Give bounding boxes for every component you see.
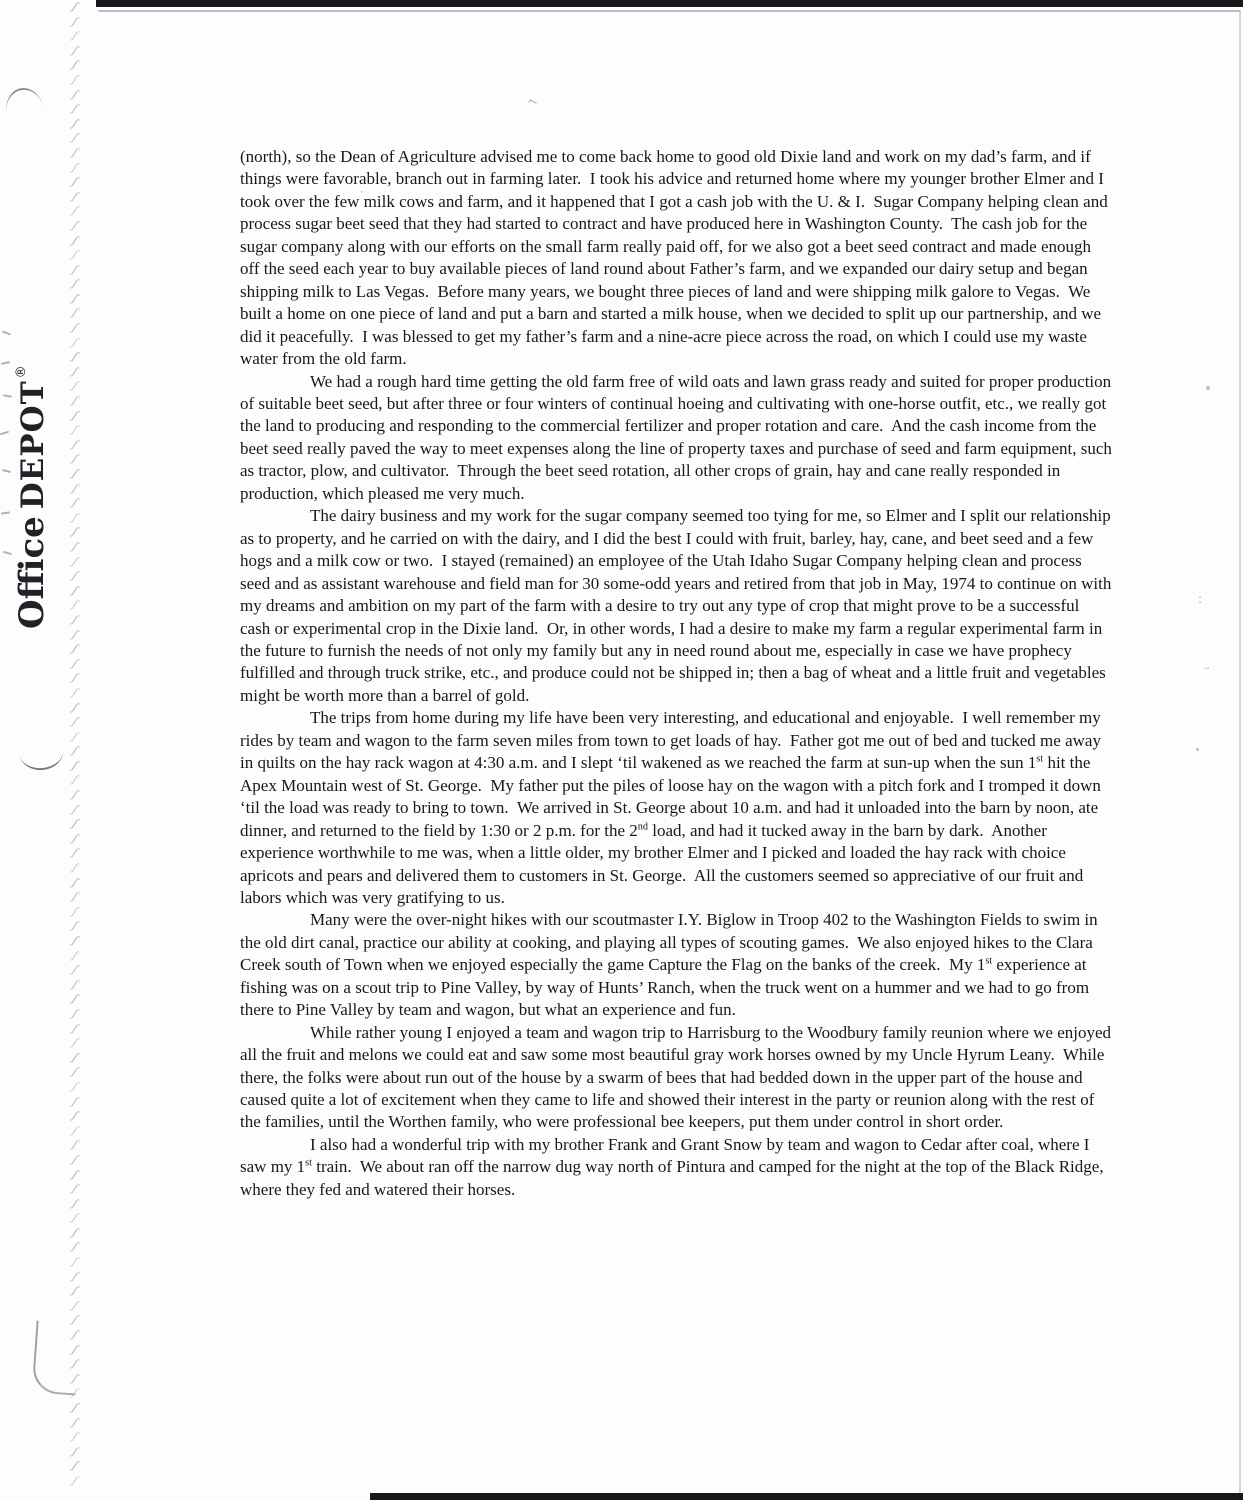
- binding-mark: ʃ: [70, 234, 79, 249]
- binding-mark: ʃ: [70, 161, 79, 176]
- binding-mark: ʃ: [70, 759, 79, 774]
- binding-mark: ʃ: [70, 73, 79, 88]
- binding-mark: ʃ: [70, 117, 79, 132]
- binding-mark: ʃ: [70, 423, 79, 438]
- binding-mark: ʃ: [70, 1240, 79, 1255]
- text-run: Many were the over-night hikes with our …: [240, 910, 1102, 974]
- binding-mark: ʃ: [70, 1036, 79, 1051]
- binding-mark: ʃ: [70, 817, 79, 832]
- binding-mark: ʃ: [70, 992, 79, 1007]
- binding-mark: ʃ: [70, 44, 79, 59]
- paragraph: Many were the over-night hikes with our …: [240, 909, 1113, 1021]
- binding-mark: ʃ: [70, 321, 79, 336]
- smudge-tick: [3, 551, 12, 555]
- binding-mark: ʃ: [70, 146, 79, 161]
- binding-mark: ʃ: [70, 846, 79, 861]
- smudge-dot: [1196, 748, 1199, 751]
- binding-mark: ʃ: [70, 598, 79, 613]
- binding-mark: ʃ: [70, 1416, 79, 1431]
- binding-mark: ʃ: [70, 277, 79, 292]
- ordinal-superscript: nd: [638, 821, 648, 832]
- binding-mark: ʃ: [70, 1474, 79, 1489]
- paragraph: I also had a wonderful trip with my brot…: [240, 1134, 1113, 1201]
- binding-mark: ʃ: [70, 1430, 79, 1445]
- binding-mark: ʃ: [70, 730, 79, 745]
- binding-mark: ʃ: [70, 0, 79, 15]
- scan-edge-top-shadow: [98, 10, 1241, 12]
- binding-mark: ʃ: [70, 452, 79, 467]
- binding-mark: ʃ: [70, 1372, 79, 1387]
- binding-mark: ʃ: [70, 978, 79, 993]
- binding-mark: ʃ: [70, 263, 79, 278]
- binding-mark: ʃ: [70, 1197, 79, 1212]
- binding-mark: ʃ: [70, 671, 79, 686]
- binding-mark: ʃ: [70, 1051, 79, 1066]
- smudge-tick: [1, 361, 10, 365]
- binding-mark: ʃ: [70, 803, 79, 818]
- comb-binding-marks: ʃʃʃʃʃʃʃʃʃʃʃʃʃʃʃʃʃʃʃʃʃʃʃʃʃʃʃʃʃʃʃʃʃʃʃʃʃʃʃʃ…: [62, 0, 88, 1500]
- binding-mark: ʃ: [70, 1343, 79, 1358]
- binding-mark: ʃ: [70, 1299, 79, 1314]
- registered-trademark-symbol: ®: [14, 365, 29, 378]
- binding-mark: ʃ: [70, 569, 79, 584]
- binding-mark: ʃ: [70, 934, 79, 949]
- paragraph: We had a rough hard time getting the old…: [240, 371, 1113, 506]
- binding-mark: ʃ: [70, 1386, 79, 1401]
- smudge-dot: [1206, 386, 1210, 390]
- binding-mark: ʃ: [70, 175, 79, 190]
- binding-mark: ʃ: [70, 1459, 79, 1474]
- ordinal-superscript: st: [305, 1158, 312, 1169]
- binding-mark: ʃ: [70, 876, 79, 891]
- binding-mark: ʃ: [70, 88, 79, 103]
- binding-mark: ʃ: [70, 1153, 79, 1168]
- binding-mark: ʃ: [70, 1022, 79, 1037]
- binding-mark: ʃ: [70, 379, 79, 394]
- binding-mark: ʃ: [70, 336, 79, 351]
- binding-mark: ʃ: [70, 949, 79, 964]
- binding-mark: ʃ: [70, 919, 79, 934]
- paper-edge-right: [1239, 12, 1241, 1496]
- binding-mark: ʃ: [70, 1357, 79, 1372]
- binding-mark: ʃ: [70, 350, 79, 365]
- binding-mark: ʃ: [70, 102, 79, 117]
- paragraph: The dairy business and my work for the s…: [240, 505, 1113, 707]
- binding-mark: ʃ: [70, 29, 79, 44]
- office-depot-logo: OfficeDEPOT®: [12, 379, 68, 629]
- binding-mark: ʃ: [70, 15, 79, 30]
- scan-edge-top: [96, 0, 1243, 7]
- binding-mark: ʃ: [70, 1328, 79, 1343]
- smudge-tick: [1, 511, 10, 514]
- binding-mark: ʃ: [70, 657, 79, 672]
- binding-mark: ʃ: [70, 467, 79, 482]
- paragraph: While rather young I enjoyed a team and …: [240, 1022, 1113, 1134]
- text-run: (north), so the Dean of Agriculture advi…: [240, 147, 1112, 368]
- binding-mark: ʃ: [70, 540, 79, 555]
- binding-mark: ʃ: [70, 1445, 79, 1460]
- binding-mark: ʃ: [70, 365, 79, 380]
- binding-mark: ʃ: [70, 58, 79, 73]
- binding-mark: ʃ: [70, 963, 79, 978]
- binding-mark: ʃ: [70, 1255, 79, 1270]
- binding-mark: ʃ: [70, 219, 79, 234]
- binding-mark: ʃ: [70, 905, 79, 920]
- smudge-dot: ¨: [1204, 666, 1210, 680]
- brand-word-office: Office: [12, 516, 52, 629]
- binding-mark: ʃ: [70, 642, 79, 657]
- text-run: The trips from home during my life have …: [240, 708, 1105, 772]
- binding-mark: ʃ: [70, 306, 79, 321]
- binding-mark: ʃ: [70, 1284, 79, 1299]
- binding-mark: ʃ: [70, 744, 79, 759]
- binding-mark: ʃ: [70, 525, 79, 540]
- binding-mark: ʃ: [70, 628, 79, 643]
- binding-mark: ʃ: [70, 1182, 79, 1197]
- binding-mark: ʃ: [70, 584, 79, 599]
- binding-mark: ʃ: [70, 496, 79, 511]
- binding-mark: ʃ: [70, 832, 79, 847]
- smudge-tick: [0, 431, 9, 436]
- paragraph: (north), so the Dean of Agriculture advi…: [240, 146, 1113, 371]
- binding-mark: ʃ: [70, 686, 79, 701]
- binding-mark: ʃ: [70, 248, 79, 263]
- binding-mark: ʃ: [70, 1109, 79, 1124]
- binding-mark: ʃ: [70, 1226, 79, 1241]
- binding-mark: ʃ: [70, 438, 79, 453]
- binding-mark: ʃ: [70, 788, 79, 803]
- binding-mark: ʃ: [70, 1065, 79, 1080]
- smudge-tick: [2, 331, 11, 336]
- binding-mark: ʃ: [70, 1401, 79, 1416]
- binding-mark: ʃ: [70, 1007, 79, 1022]
- binding-mark: ʃ: [70, 1211, 79, 1226]
- brand-word-depot: DEPOT: [15, 380, 51, 509]
- binding-mark: ʃ: [70, 1080, 79, 1095]
- binding-mark: ʃ: [70, 1095, 79, 1110]
- binding-mark: ʃ: [70, 1270, 79, 1285]
- binding-mark: ʃ: [70, 131, 79, 146]
- smudge-tick: [3, 394, 12, 397]
- text-run: We had a rough hard time getting the old…: [240, 372, 1116, 503]
- binding-mark: ʃ: [70, 890, 79, 905]
- text-run: While rather young I enjoyed a team and …: [240, 1023, 1115, 1132]
- binding-mark: ʃ: [70, 1168, 79, 1183]
- binding-mark: ʃ: [70, 409, 79, 424]
- text-run: train. We about ran off the narrow dug w…: [240, 1157, 1108, 1198]
- binding-mark: ʃ: [70, 1124, 79, 1139]
- binding-mark: ʃ: [70, 394, 79, 409]
- scan-edge-bottom: [370, 1493, 1243, 1500]
- binding-mark: ʃ: [70, 482, 79, 497]
- binding-mark: ʃ: [70, 1138, 79, 1153]
- smudge-dots: :: [1198, 592, 1202, 606]
- smudge-squiggle: ⌐: [525, 93, 541, 110]
- binding-mark: ʃ: [70, 555, 79, 570]
- binding-mark: ʃ: [70, 715, 79, 730]
- binding-mark: ʃ: [70, 511, 79, 526]
- binding-mark: ʃ: [70, 190, 79, 205]
- binding-mark: ʃ: [70, 204, 79, 219]
- smudge-arc-mid-left: [19, 750, 64, 772]
- binding-mark: ʃ: [70, 1313, 79, 1328]
- scanned-page: ʃʃʃʃʃʃʃʃʃʃʃʃʃʃʃʃʃʃʃʃʃʃʃʃʃʃʃʃʃʃʃʃʃʃʃʃʃʃʃʃ…: [0, 0, 1243, 1500]
- binding-mark: ʃ: [70, 773, 79, 788]
- smudge-arc-top-left: [2, 85, 44, 115]
- binding-mark: ʃ: [70, 613, 79, 628]
- binding-mark: ʃ: [70, 701, 79, 716]
- text-run: The dairy business and my work for the s…: [240, 506, 1116, 705]
- binding-mark: ʃ: [70, 861, 79, 876]
- paragraph: The trips from home during my life have …: [240, 707, 1113, 909]
- smudge-tick: [2, 469, 11, 473]
- binding-mark: ʃ: [70, 292, 79, 307]
- document-text: (north), so the Dean of Agriculture advi…: [240, 146, 1113, 1201]
